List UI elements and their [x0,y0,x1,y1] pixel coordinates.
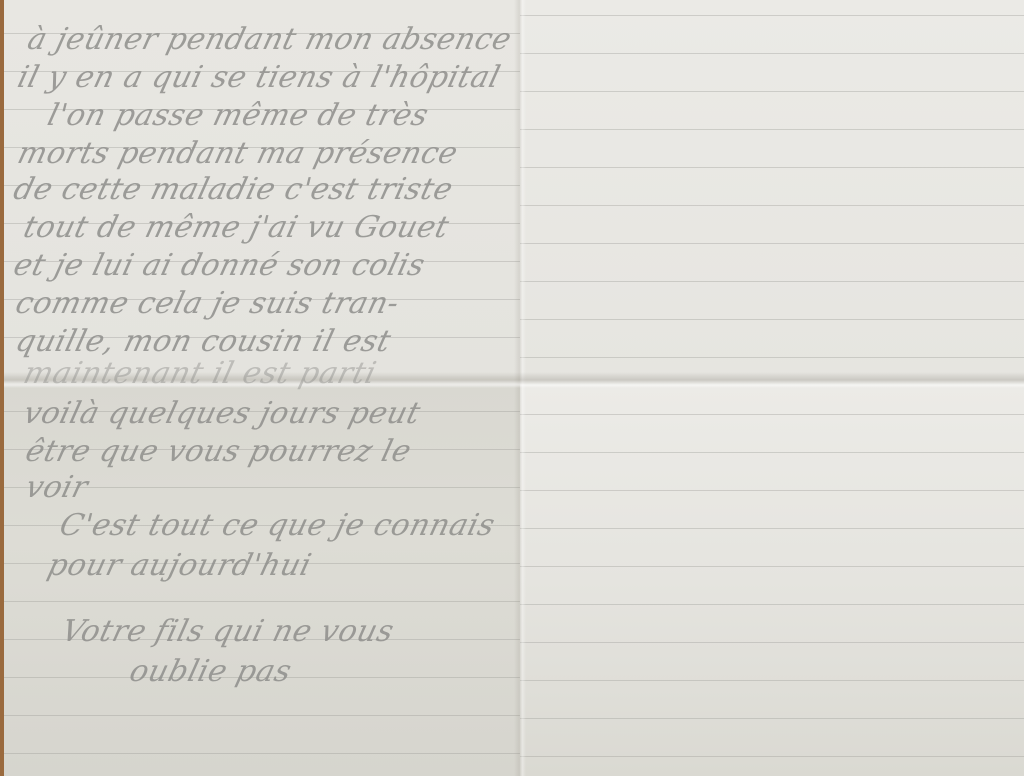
text-line: tout de même j'ai vu Gouet [20,210,453,245]
text-line: pour aujourd'hui [44,548,315,583]
letter-photo: à jeûner pendant mon absence il y en a q… [0,0,1024,776]
paper-panel-bottom-right [520,385,1024,776]
text-line: comme cela je suis tran- [12,286,403,321]
text-line: voir [22,470,92,505]
text-line: quille, mon cousin il est [12,324,395,359]
text-line: de cette maladie c'est triste [10,172,457,207]
paper-panel-top-right [520,0,1024,385]
text-line: il y en a qui se tiens à l'hôpital [14,60,504,95]
text-line: voilà quelques jours peut [20,396,424,431]
ruled-lines [520,385,1024,776]
text-line: être que vous pourrez le [22,434,415,469]
handwritten-text: à jeûner pendant mon absence il y en a q… [10,0,520,700]
signature-line: Votre fils qui ne vous [58,614,398,649]
text-line: C'est tout ce que je connais [56,508,499,543]
text-line: et je lui ai donné son colis [10,248,429,283]
text-line: l'on passe même de très [44,98,432,133]
ruled-lines [520,0,1024,385]
signature-line: oublie pas [126,654,295,689]
text-line: à jeûner pendant mon absence [24,22,515,57]
text-line: morts pendant ma présence [14,136,462,171]
text-line: maintenant il est parti [20,356,380,391]
